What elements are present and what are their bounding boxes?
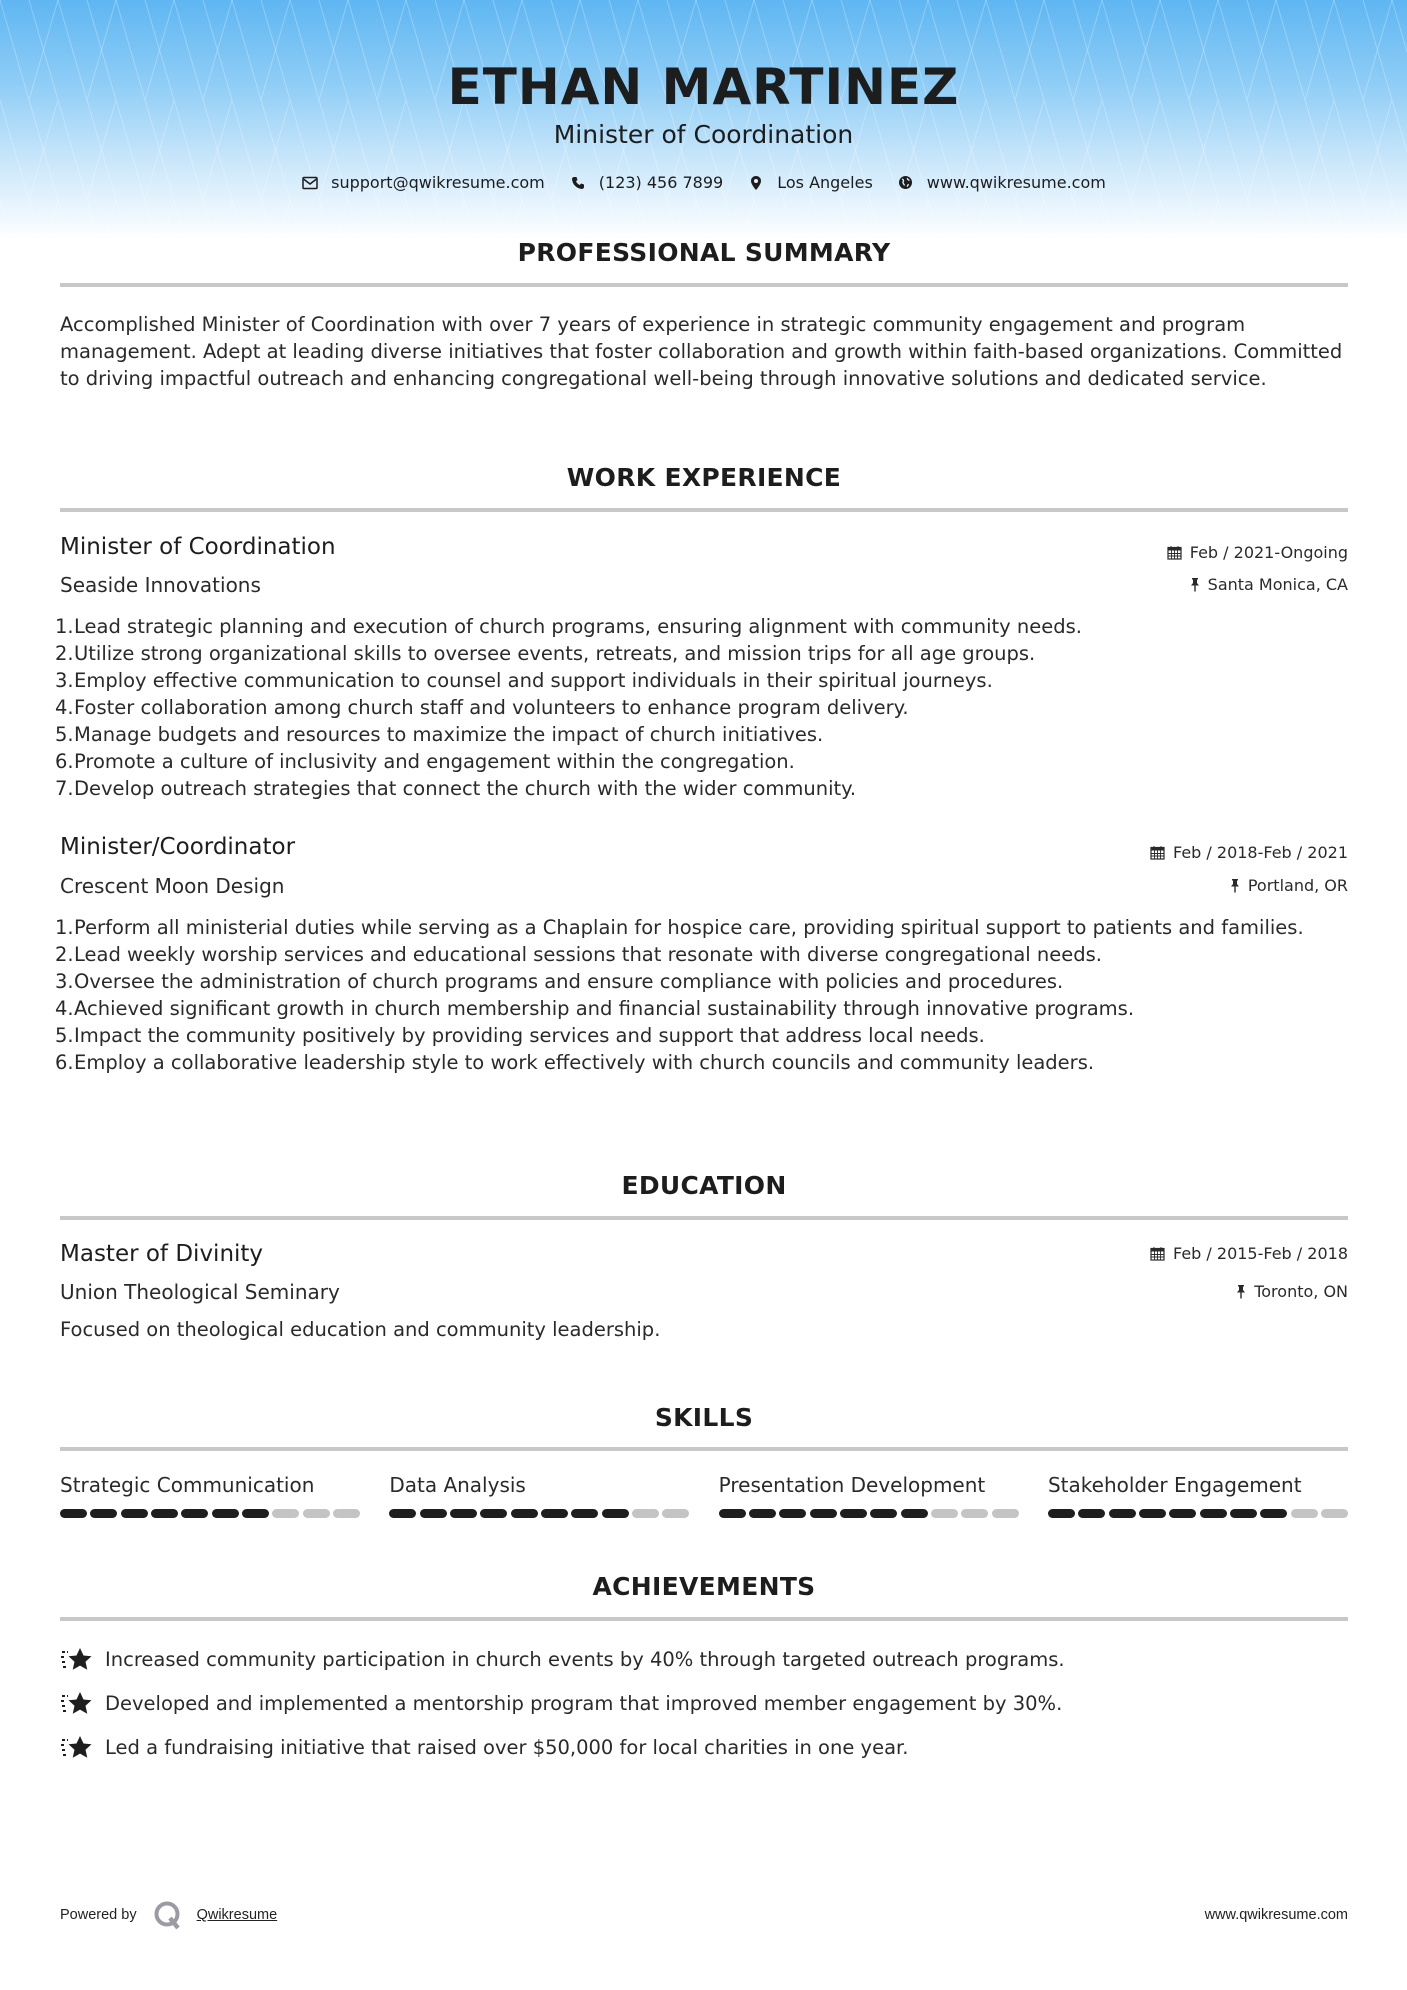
job-location: Portland, OR [1230,876,1348,895]
skill-segment [242,1509,269,1518]
candidate-name: ETHAN MARTINEZ [0,58,1407,116]
skill-segment [1260,1509,1287,1518]
skill-segment [1078,1509,1105,1518]
skill-segment [1291,1509,1318,1518]
skill-segment [632,1509,659,1518]
section-heading-achievements: ACHIEVEMENTS [60,1572,1348,1601]
skill-segment [1230,1509,1257,1518]
section-divider [60,1447,1348,1451]
responsibility-item: 2. Lead weekly worship services and educ… [55,941,1343,968]
skill-segment [992,1509,1019,1518]
responsibility-item: 3. Employ effective communication to cou… [55,667,1343,694]
skill-segment [420,1509,447,1518]
responsibility-item: 7. Develop outreach strategies that conn… [55,775,1343,802]
section-divider [60,1617,1348,1621]
job-dates: Feb / 2021-Ongoing [1167,543,1348,562]
skill-segment [541,1509,568,1518]
skill-segment [810,1509,837,1518]
skill-segment [1321,1509,1348,1518]
section-heading-skills: SKILLS [60,1403,1348,1432]
section-heading-summary: PROFESSIONAL SUMMARY [60,238,1348,267]
summary-text: Accomplished Minister of Coordination wi… [60,311,1348,392]
skill-item: Strategic Communication [60,1473,360,1518]
skill-segment [901,1509,928,1518]
skill-segment [749,1509,776,1518]
skill-level-bar [719,1509,1019,1518]
pushpin-icon [1236,1284,1246,1299]
qwikresume-link[interactable]: Qwikresume [197,1907,278,1923]
phone-icon [569,174,587,192]
phone-text: (123) 456 7899 [599,173,723,192]
star-award-icon [60,1689,94,1717]
responsibility-item: 5. Manage budgets and resources to maxim… [55,721,1343,748]
candidate-title: Minister of Coordination [0,120,1407,149]
skill-segment [60,1509,87,1518]
skill-item: Presentation Development [719,1473,1019,1518]
location-text: Los Angeles [777,173,873,192]
responsibility-item: 6. Employ a collaborative leadership sty… [55,1049,1343,1076]
map-pin-icon [747,174,765,192]
job-company: Seaside Innovations [60,573,261,597]
skill-segment [961,1509,988,1518]
job-location: Santa Monica, CA [1190,575,1348,594]
responsibility-item: 4. Foster collaboration among church sta… [55,694,1343,721]
pushpin-icon [1230,878,1240,893]
skill-segment [151,1509,178,1518]
skill-level-bar [60,1509,360,1518]
email-text: support@qwikresume.com [331,173,545,192]
qwikresume-logo-icon [153,1900,183,1930]
skill-item: Stakeholder Engagement [1048,1473,1348,1518]
globe-icon [897,174,915,192]
skill-segment [602,1509,629,1518]
skill-segment [1200,1509,1227,1518]
achievement-item: Developed and implemented a mentorship p… [60,1681,1348,1725]
skill-segment [779,1509,806,1518]
skill-segment [333,1509,360,1518]
skill-segment [389,1509,416,1518]
skill-segment [1139,1509,1166,1518]
skill-level-bar [1048,1509,1348,1518]
section-heading-education: EDUCATION [60,1171,1348,1200]
calendar-icon [1150,845,1165,860]
responsibility-item: 2. Utilize strong organizational skills … [55,640,1343,667]
skill-segment [1048,1509,1075,1518]
responsibility-item: 3. Oversee the administration of church … [55,968,1343,995]
powered-by: Powered by Qwikresume [60,1900,277,1930]
school-name: Union Theological Seminary [60,1280,340,1304]
responsibility-item: 1. Perform all ministerial duties while … [55,914,1343,941]
job-title: Minister of Coordination [60,534,336,560]
contact-bar: support@qwikresume.com (123) 456 7899 Lo… [0,173,1407,192]
education-description: Focused on theological education and com… [60,1316,1348,1343]
skill-segment [181,1509,208,1518]
section-divider [60,508,1348,512]
job-dates: Feb / 2018-Feb / 2021 [1150,843,1348,862]
responsibility-item: 4. Achieved significant growth in church… [55,995,1343,1022]
skill-segment [303,1509,330,1518]
job-responsibilities: 1. Perform all ministerial duties while … [55,914,1343,1076]
contact-phone[interactable]: (123) 456 7899 [569,173,723,192]
pushpin-icon [1190,577,1200,592]
contact-email[interactable]: support@qwikresume.com [301,173,545,192]
contact-website[interactable]: www.qwikresume.com [897,173,1106,192]
skill-segment [1109,1509,1136,1518]
skill-segment [870,1509,897,1518]
achievement-item: Led a fundraising initiative that raised… [60,1725,1348,1769]
page-footer: Powered by Qwikresume www.qwikresume.com [60,1900,1348,1930]
website-text: www.qwikresume.com [927,173,1106,192]
section-divider [60,283,1348,287]
skill-segment [511,1509,538,1518]
education-dates: Feb / 2015-Feb / 2018 [1150,1244,1348,1263]
skill-segment [212,1509,239,1518]
responsibility-item: 5. Impact the community positively by pr… [55,1022,1343,1049]
section-heading-experience: WORK EXPERIENCE [60,463,1348,492]
degree-title: Master of Divinity [60,1241,263,1267]
envelope-icon [301,174,319,192]
skill-segment [571,1509,598,1518]
contact-location: Los Angeles [747,173,873,192]
skill-segment [90,1509,117,1518]
achievements-list: Increased community participation in chu… [60,1637,1348,1769]
responsibility-item: 1. Lead strategic planning and execution… [55,613,1343,640]
achievement-item: Increased community participation in chu… [60,1637,1348,1681]
section-divider [60,1216,1348,1220]
skills-list: Strategic Communication Data Analysis Pr… [60,1473,1348,1518]
calendar-icon [1167,545,1182,560]
skill-segment [121,1509,148,1518]
skill-segment [1169,1509,1196,1518]
job-title: Minister/Coordinator [60,834,295,860]
star-award-icon [60,1645,94,1673]
star-award-icon [60,1733,94,1761]
skill-segment [840,1509,867,1518]
footer-website[interactable]: www.qwikresume.com [1205,1907,1348,1923]
job-responsibilities: 1. Lead strategic planning and execution… [55,613,1343,802]
skill-segment [719,1509,746,1518]
responsibility-item: 6. Promote a culture of inclusivity and … [55,748,1343,775]
skill-level-bar [389,1509,689,1518]
skill-segment [450,1509,477,1518]
job-company: Crescent Moon Design [60,874,284,898]
education-location: Toronto, ON [1236,1282,1348,1301]
skill-segment [480,1509,507,1518]
skill-segment [662,1509,689,1518]
calendar-icon [1150,1246,1165,1261]
skill-segment [272,1509,299,1518]
skill-item: Data Analysis [389,1473,689,1518]
skill-segment [931,1509,958,1518]
